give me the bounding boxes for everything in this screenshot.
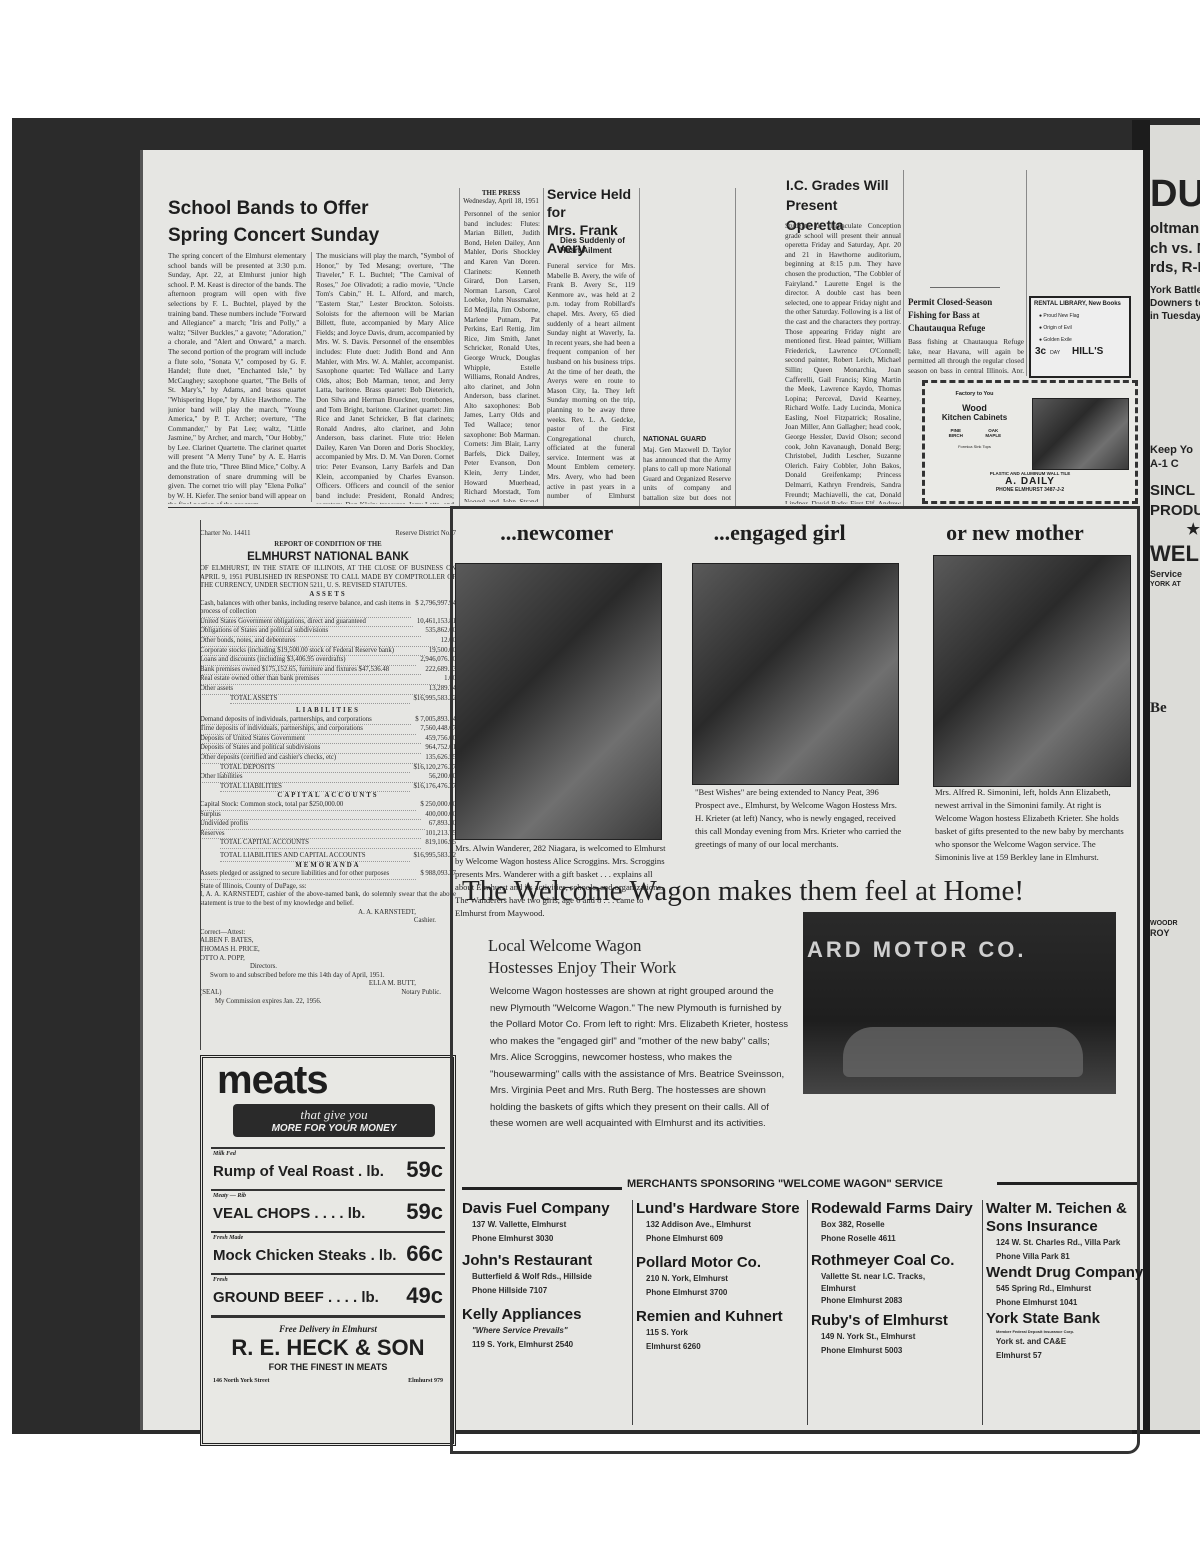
avery-body-cont <box>643 182 731 432</box>
heck-meats-ad: meats that give you MORE FOR YOUR MONEY … <box>200 1055 456 1446</box>
fragment: ★ <box>1150 520 1200 540</box>
operetta-body: Students of Immaculate Conception grade … <box>785 222 901 504</box>
fragment: oltman S <box>1150 219 1200 239</box>
merchants-header: MERCHANTS SPONSORING "WELCOME WAGON" SER… <box>462 1180 1134 1194</box>
bank-name: ELMHURST NATIONAL BANK <box>200 549 456 565</box>
ww-body: Welcome Wagon hostesses are shown at rig… <box>490 984 790 1133</box>
kitchen-illustration <box>1032 398 1129 470</box>
heck-store-name: R. E. HECK & SON <box>203 1334 453 1362</box>
fragment: PRODU <box>1150 501 1200 521</box>
avery-body: Funeral service for Mrs. Mabelle B. Aver… <box>547 262 635 502</box>
kitchen-cabinets-ad: Factory to You Wood Kitchen Cabinets PIN… <box>922 380 1138 504</box>
fragment: SINCL <box>1150 481 1200 501</box>
bass-body: Bass fishing at Chautauqua Refuge lake, … <box>908 338 1024 373</box>
operetta-cont <box>907 172 1023 282</box>
bands-col3: Personnel of the senior band includes: F… <box>464 210 540 502</box>
fragment: YORK AT <box>1150 580 1200 589</box>
fragment: DU <box>1150 170 1200 219</box>
bands-col2: The musicians will play the march, "Symb… <box>316 252 454 504</box>
meat-item: Milk FedRump of Veal Roast . lb.59c <box>211 1149 445 1191</box>
merchant-column: Lund's Hardware Store 132 Addison Ave., … <box>636 1200 806 1425</box>
engaged-girl-photo <box>692 563 899 785</box>
meat-item: FreshGROUND BEEF . . . . lb.49c <box>211 1275 445 1318</box>
fragment: WOODR <box>1150 919 1200 928</box>
fragment: ROY <box>1150 928 1200 940</box>
merchant-column: Rodewald Farms Dairy Box 382, Roselle Ph… <box>811 1200 981 1425</box>
fragment: York Battles <box>1150 284 1200 297</box>
fragment: Downers to <box>1150 297 1200 310</box>
book-item: ● Golden Exile <box>1039 334 1129 346</box>
caption-engaged: "Best Wishes" are being extended to Nanc… <box>695 786 907 851</box>
fragment: A-1 C <box>1150 457 1200 471</box>
book-item: ● Proud New Flag <box>1039 310 1129 322</box>
meat-item: Meaty — RibVEAL CHOPS . . . . lb.59c <box>211 1191 445 1233</box>
meats-title: meats <box>203 1058 453 1102</box>
merchant-column: Davis Fuel Company 137 W. Vallette, Elmh… <box>462 1200 632 1425</box>
guard-body: Maj. Gen Maxwell D. Taylor has announced… <box>643 446 731 504</box>
new-mother-photo <box>933 555 1131 787</box>
bass-body-cont <box>1030 172 1126 292</box>
pollard-motor-photo: ARD MOTOR CO. <box>803 912 1116 1094</box>
avery-subhead: Dies Suddenly of Heart Ailment <box>560 236 640 256</box>
bands-headline: School Bands to Offer Spring Concert Sun… <box>168 195 458 249</box>
ww-subhead: Local Welcome Wagon Hostesses Enjoy Thei… <box>488 935 788 979</box>
merchant-column: Walter M. Teichen & Sons Insurance 124 W… <box>986 1200 1136 1425</box>
fragment: Service <box>1150 569 1200 581</box>
fragment: WELL <box>1150 540 1200 569</box>
fragment: in Tuesday <box>1150 310 1200 323</box>
fragment: Be <box>1150 699 1200 719</box>
bank-report: Charter No. 14411Reserve District No. 7 … <box>200 530 456 1006</box>
meat-item: Fresh MadeMock Chicken Steaks . lb.66c <box>211 1233 445 1275</box>
fragment: ch vs. M <box>1150 239 1200 259</box>
ww-banner: ...newcomer ...engaged girl or new mothe… <box>450 520 1134 546</box>
adjacent-page-fragment: DU oltman S ch vs. M rds, R-B York Battl… <box>1150 125 1200 1430</box>
fragment: rds, R-B <box>1150 258 1200 278</box>
ww-headline: The Welcome Wagon makes them feel at Hom… <box>462 875 1142 908</box>
book-item: ● Origin of Evil <box>1039 322 1129 334</box>
fragment: Keep Yo <box>1150 443 1200 457</box>
guard-headline: NATIONAL GUARD <box>643 436 731 443</box>
bands-col1: The spring concert of the Elmhurst eleme… <box>168 252 306 504</box>
bass-headline: Permit Closed-Season Fishing for Bass at… <box>908 296 1024 335</box>
rental-library-ad: RENTAL LIBRARY, New Books ● Proud New Fl… <box>1029 296 1131 378</box>
assets-list: Cash, balances with other banks, includi… <box>200 600 456 695</box>
masthead: THE PRESS Wednesday, April 18, 1951 <box>463 189 539 205</box>
newcomer-photo <box>455 563 662 840</box>
caption-new-mother: Mrs. Alfred R. Simonini, left, holds Ann… <box>935 786 1130 864</box>
